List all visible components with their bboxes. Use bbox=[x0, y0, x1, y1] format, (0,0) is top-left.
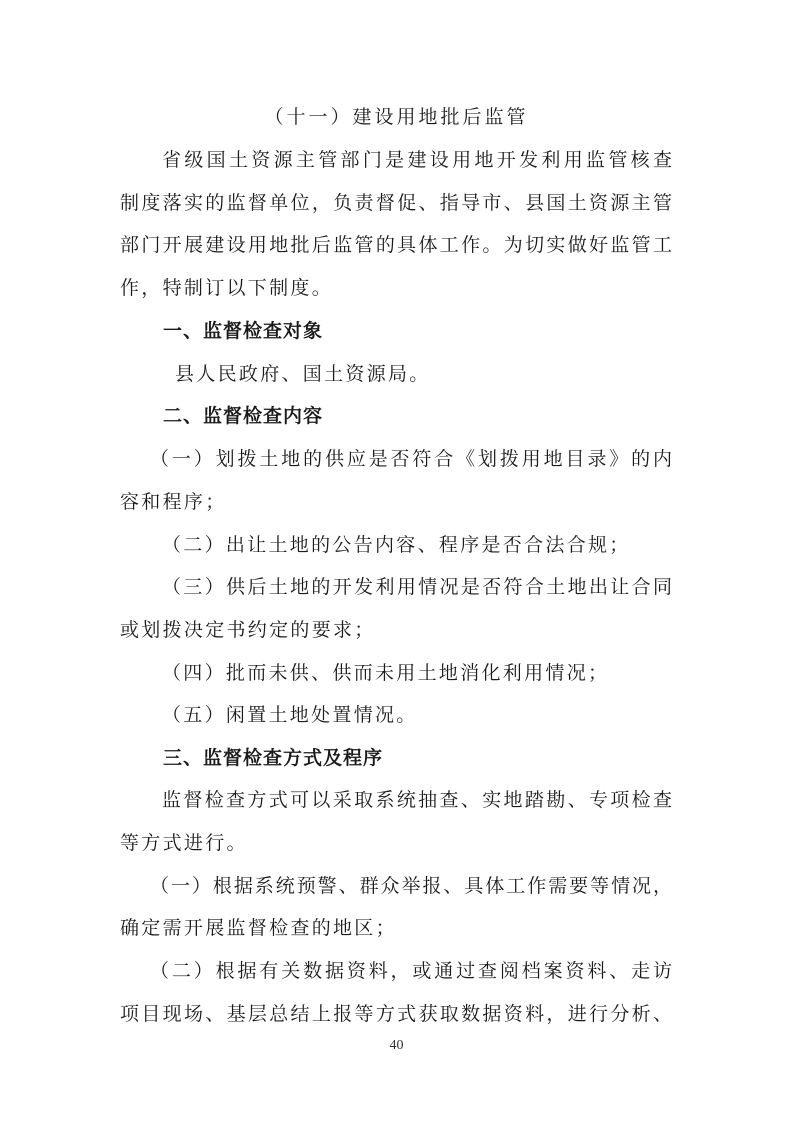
section-heading-3: 三、监督检查方式及程序 bbox=[163, 746, 383, 770]
section2-item-3-line-2: 或划拨决定书约定的要求； bbox=[120, 618, 376, 642]
section-heading-2: 二、监督检查内容 bbox=[163, 404, 323, 428]
intro-line-1: 省级国土资源主管部门是建设用地开发利用监管核查 bbox=[162, 148, 672, 172]
section2-item-5: （五）闲置土地处置情况。 bbox=[162, 703, 418, 727]
section3-item-2-line-2: 项目现场、基层总结上报等方式获取数据资料，进行分析、 bbox=[120, 1002, 672, 1026]
intro-line-2: 制度落实的监督单位，负责督促、指导市、县国土资源主管 bbox=[120, 191, 672, 215]
intro-line-4: 作，特制订以下制度。 bbox=[120, 276, 333, 300]
section-heading-1: 一、监督检查对象 bbox=[163, 319, 323, 343]
section1-body: 县人民政府、国土资源局。 bbox=[175, 362, 431, 386]
page-number: 40 bbox=[0, 1038, 793, 1054]
section2-item-2: （二）出让土地的公告内容、程序是否合法合规； bbox=[162, 533, 631, 557]
section2-item-4: （四）批而未供、供而未用土地消化利用情况； bbox=[162, 661, 609, 685]
section3-item-2-line-1: （二）根据有关数据资料，或通过查阅档案资料、走访 bbox=[150, 959, 672, 983]
section3-item-1-line-1: （一）根据系统预警、群众举报、具体工作需要等情况， bbox=[150, 874, 672, 898]
section2-item-3-line-1: （三）供后土地的开发利用情况是否符合土地出让合同 bbox=[162, 575, 672, 599]
section3-item-1-line-2: 确定需开展监督检查的地区； bbox=[120, 916, 397, 940]
section2-item-1-line-1: （一）划拨土地的供应是否符合《划拨用地目录》的内 bbox=[150, 447, 672, 471]
section3-intro-line-1: 监督检查方式可以采取系统抽查、实地踏勘、专项检查 bbox=[162, 788, 672, 812]
section3-intro-line-2: 等方式进行。 bbox=[120, 831, 248, 855]
section2-item-1-line-2: 容和程序； bbox=[120, 490, 227, 514]
document-title: （十一）建设用地批后监管 bbox=[0, 105, 793, 129]
intro-line-3: 部门开展建设用地批后监管的具体工作。为切实做好监管工 bbox=[120, 233, 672, 257]
